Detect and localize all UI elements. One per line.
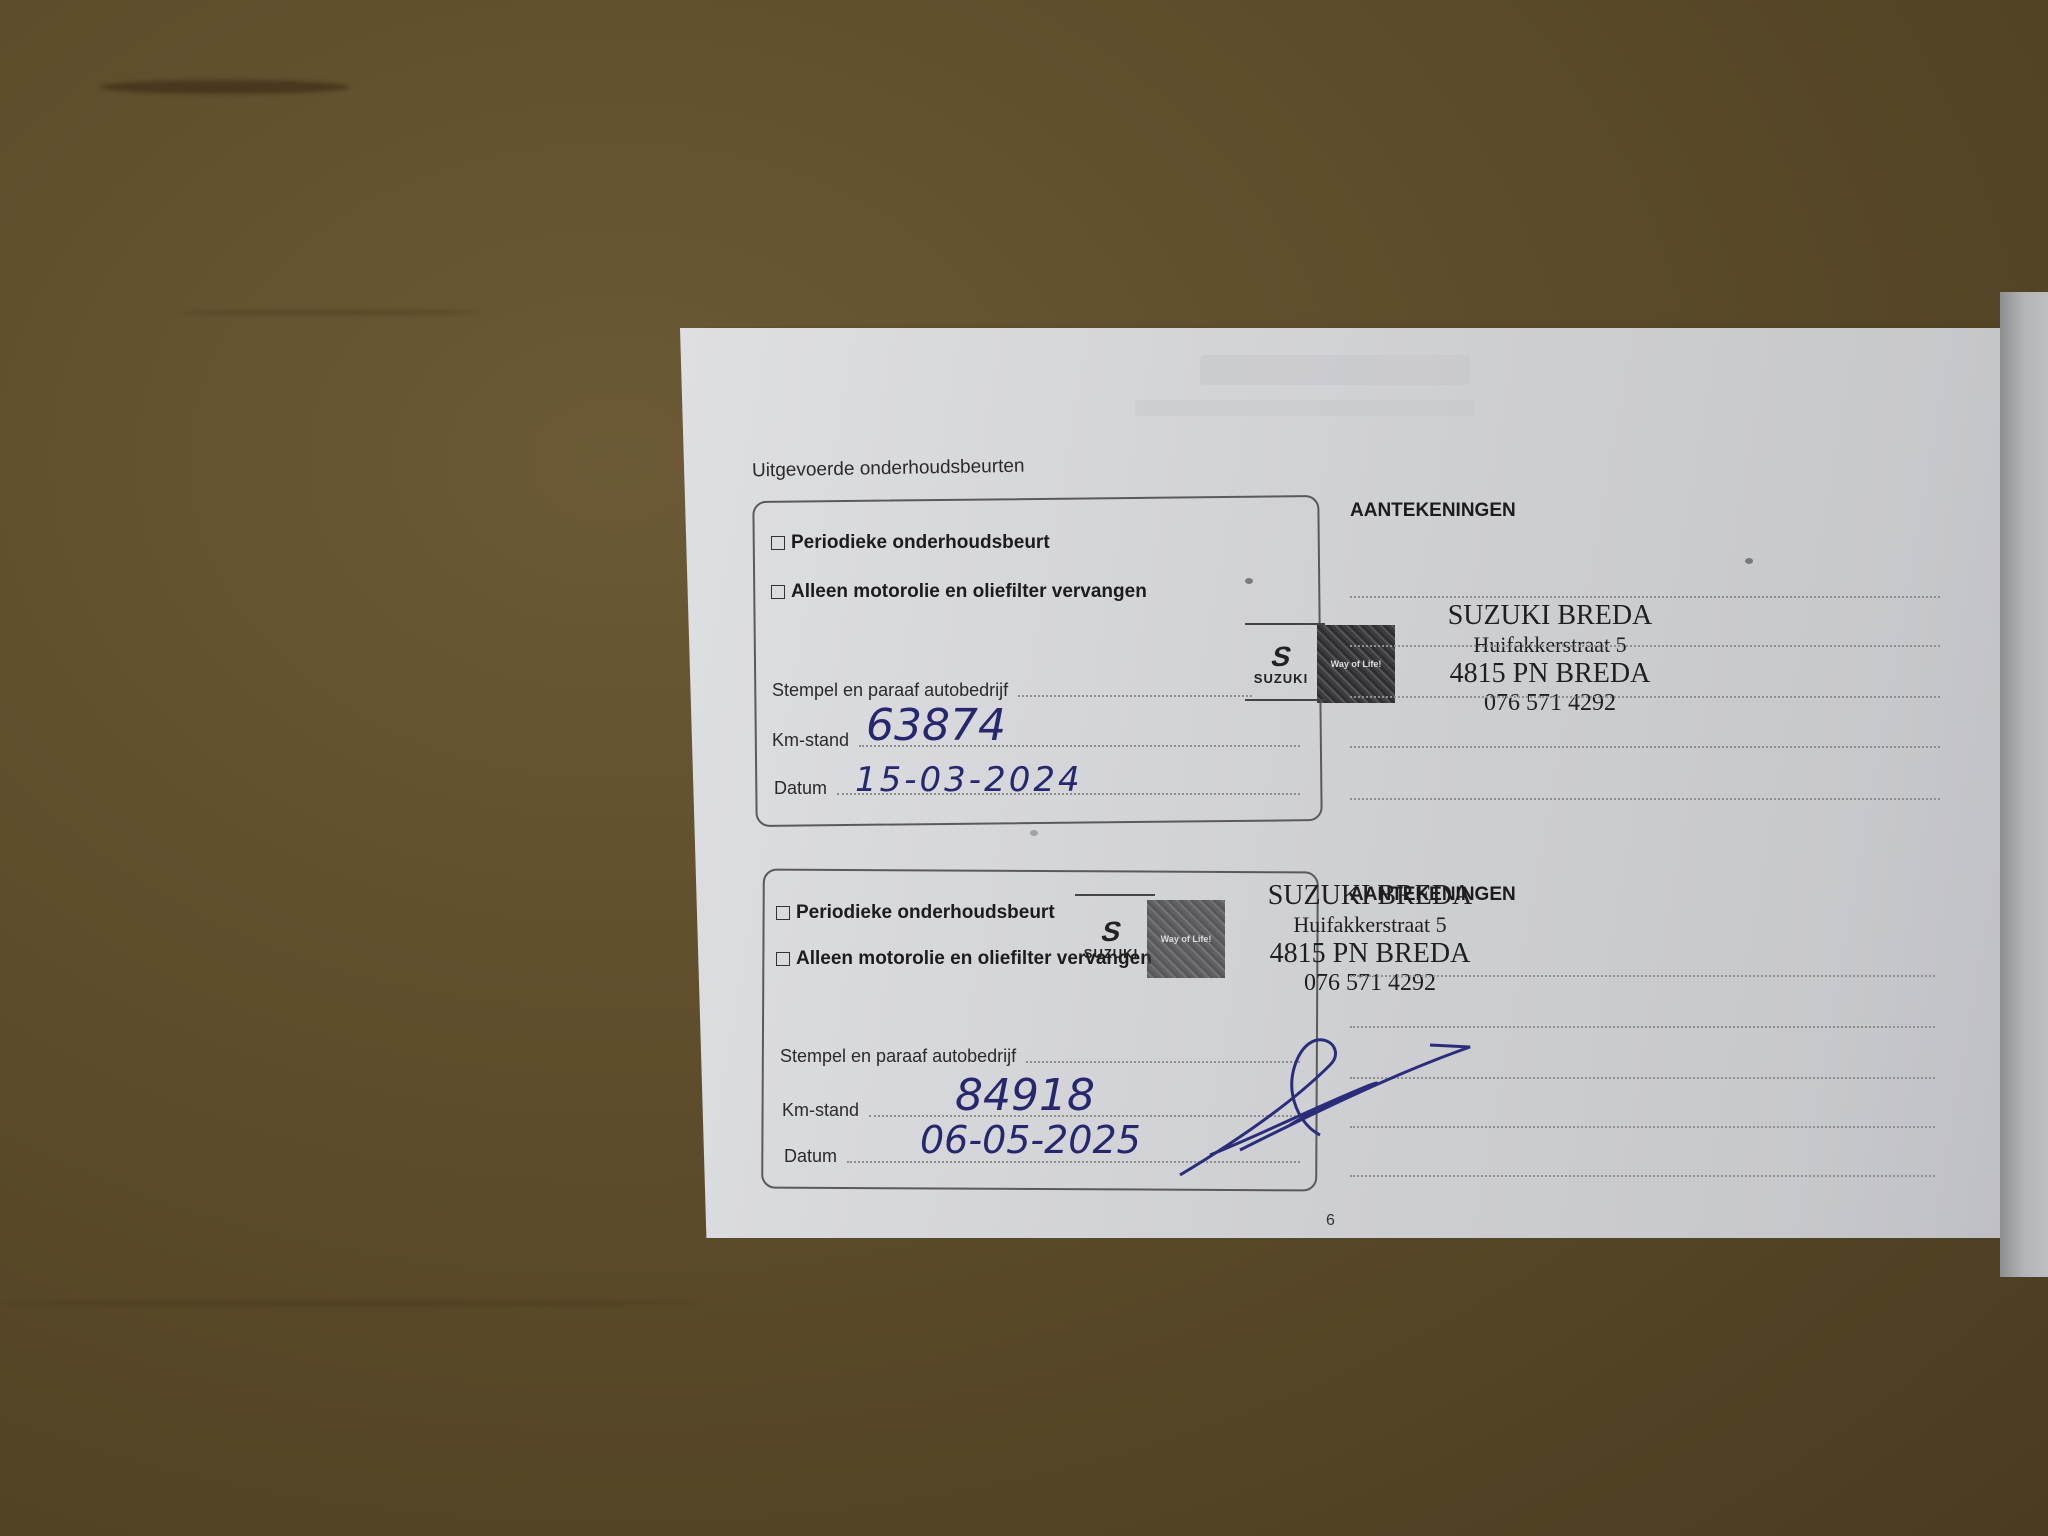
suzuki-logo: S SUZUKI	[1245, 643, 1317, 686]
dealer-stamp-logo: S SUZUKI Way of Life!	[1075, 900, 1225, 978]
km-value-handwritten: 63874	[866, 700, 1006, 751]
dealer-stamp-logo: S SUZUKI Way of Life!	[1245, 625, 1395, 703]
notes-line	[1350, 746, 1940, 748]
notes-heading: AANTEKENINGEN	[1350, 500, 1516, 522]
booklet-spine-page	[2000, 292, 2048, 1277]
page-number: 6	[1326, 1212, 1335, 1230]
notes-line	[1350, 645, 1940, 647]
bleed-through-text	[1135, 400, 1475, 416]
suzuki-s-icon: S	[1268, 643, 1294, 671]
notes-line	[1350, 975, 1935, 977]
paper-speck	[1745, 558, 1753, 564]
notes-line	[1350, 696, 1940, 698]
wood-grain	[180, 310, 480, 315]
date-value-handwritten: 06-05-2025	[920, 1118, 1141, 1162]
option-periodic-service[interactable]: Periodieke onderhoudsbeurt	[771, 532, 1050, 554]
notes-line	[1350, 596, 1940, 598]
wood-grain	[100, 80, 350, 94]
checkbox-icon[interactable]	[771, 536, 785, 550]
dealer-address-stamp: SUZUKI BREDA Huifakkerstraat 5 4815 PN B…	[1430, 600, 1670, 717]
km-field: Km-stand	[772, 730, 1300, 751]
notes-line	[1350, 798, 1940, 800]
wood-grain	[0, 1300, 700, 1306]
stamp-field: Stempel en paraaf autobedrijf	[772, 680, 1252, 701]
notes-heading: AANTEKENINGEN	[1350, 884, 1516, 906]
stamp-photo: Way of Life!	[1147, 900, 1225, 978]
checkbox-icon[interactable]	[776, 952, 790, 966]
suzuki-logo: S SUZUKI	[1075, 918, 1147, 961]
date-value-handwritten: 15-03-2024	[855, 760, 1083, 800]
paper-speck	[1030, 830, 1038, 836]
stamp-photo: Way of Life!	[1317, 625, 1395, 703]
signature	[1170, 1025, 1490, 1185]
option-periodic-service[interactable]: Periodieke onderhoudsbeurt	[776, 902, 1055, 924]
bleed-through-text	[1200, 355, 1470, 385]
suzuki-s-icon: S	[1098, 918, 1124, 946]
checkbox-icon[interactable]	[776, 906, 790, 920]
checkbox-icon[interactable]	[771, 585, 785, 599]
option-oil-change[interactable]: Alleen motorolie en oliefilter vervangen	[771, 581, 1147, 603]
paper-speck	[1245, 578, 1253, 584]
km-value-handwritten: 84918	[955, 1070, 1095, 1121]
